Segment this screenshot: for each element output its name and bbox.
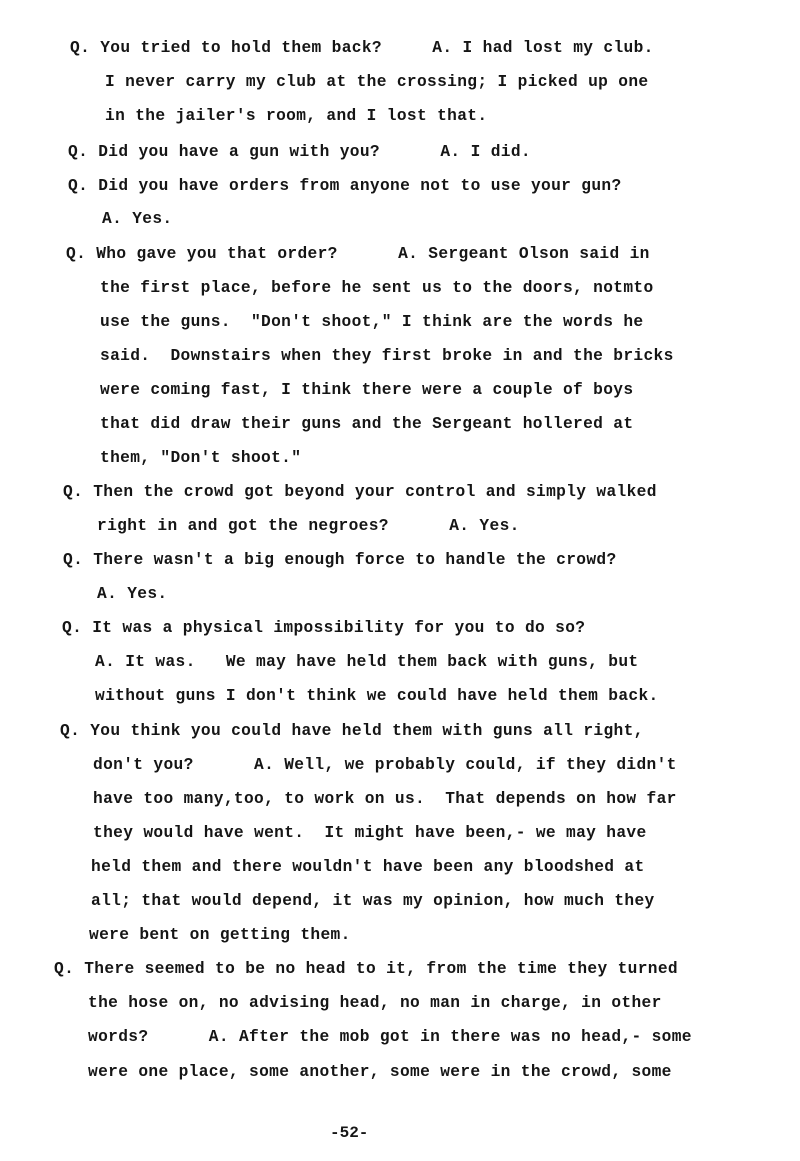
answer-line: A. It was. We may have held them back wi… (95, 652, 638, 672)
answer-line: that did draw their guns and the Sergean… (100, 414, 633, 434)
page-number: -52- (330, 1124, 368, 1142)
answer-line: use the guns. "Don't shoot," I think are… (100, 312, 643, 332)
answer-line: A. Yes. (97, 584, 167, 604)
document-page: Q. You tried to hold them back? A. I had… (0, 0, 800, 1161)
answer-line: words? A. After the mob got in there was… (88, 1027, 692, 1047)
question-line: Q. You think you could have held them wi… (60, 721, 644, 741)
answer-line: have too many,too, to work on us. That d… (93, 789, 677, 809)
answer-line: said. Downstairs when they first broke i… (100, 346, 674, 366)
answer-line: were bent on getting them. (89, 925, 351, 945)
answer-line: in the jailer's room, and I lost that. (105, 106, 487, 126)
question-line: Q. You tried to hold them back? A. I had… (70, 38, 654, 58)
answer-line: held them and there wouldn't have been a… (91, 857, 645, 877)
answer-line: don't you? A. Well, we probably could, i… (93, 755, 677, 775)
question-line: Q. Then the crowd got beyond your contro… (63, 482, 657, 502)
answer-line: the hose on, no advising head, no man in… (88, 993, 662, 1013)
answer-line: were coming fast, I think there were a c… (100, 380, 633, 400)
answer-line: they would have went. It might have been… (93, 823, 647, 843)
answer-line: right in and got the negroes? A. Yes. (97, 516, 520, 536)
answer-line: without guns I don't think we could have… (95, 686, 659, 706)
answer-line: them, "Don't shoot." (100, 448, 301, 468)
answer-line: all; that would depend, it was my opinio… (91, 891, 655, 911)
answer-line: were one place, some another, some were … (88, 1062, 672, 1082)
question-line: Q. There seemed to be no head to it, fro… (54, 959, 678, 979)
answer-line: I never carry my club at the crossing; I… (105, 72, 648, 92)
question-line: Q. Did you have orders from anyone not t… (68, 176, 622, 196)
question-line: Q. It was a physical impossibility for y… (62, 618, 585, 638)
question-line: Q. There wasn't a big enough force to ha… (63, 550, 617, 570)
question-line: Q. Did you have a gun with you? A. I did… (68, 142, 531, 162)
answer-line: A. Yes. (102, 209, 172, 229)
answer-line: the first place, before he sent us to th… (100, 278, 654, 298)
question-line: Q. Who gave you that order? A. Sergeant … (66, 244, 650, 264)
